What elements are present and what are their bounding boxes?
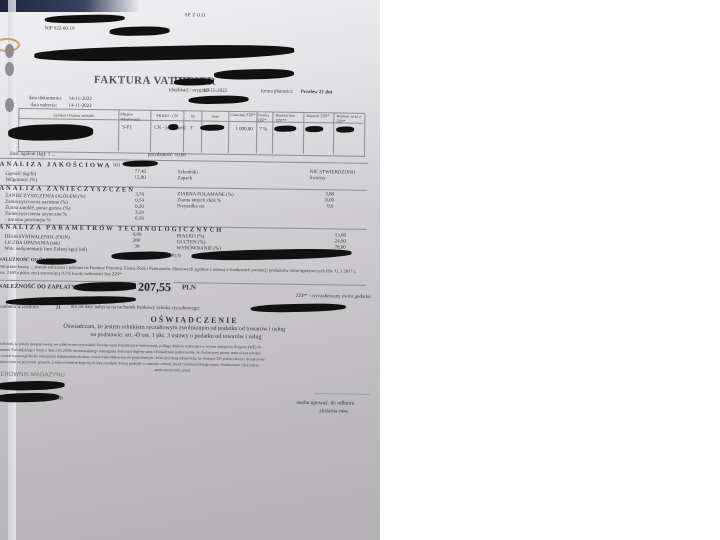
punch-hole-icon bbox=[5, 62, 14, 76]
redaction bbox=[168, 124, 178, 130]
invoice-photo: NIP 922-00-19 SP. Z O.O. FAKTURA VAT RR … bbox=[0, 0, 380, 540]
technology-value: 0,00 bbox=[133, 233, 142, 238]
impurity-label: Ziarna zaniklé, poraz gorsze (%) bbox=[5, 206, 70, 212]
nip-label: NIP 922-00-19 bbox=[45, 26, 75, 31]
impurity-value: 0,0 bbox=[327, 204, 333, 209]
redaction bbox=[0, 392, 60, 402]
technology-title: ANALIZA PARAMETRÓW TECHNOLOGICZNYCH bbox=[0, 224, 223, 234]
quality-ref: 163 bbox=[113, 163, 121, 168]
impurity-label: Zanieczyszczenia użyteczne % bbox=[5, 212, 67, 218]
technology-value: 13,60 bbox=[335, 233, 346, 238]
impurity-label: Zanieczyszczenia nasienne (%) bbox=[5, 200, 68, 206]
impurity-label: Ziarna innych zbóż % bbox=[177, 198, 221, 204]
payment-form: Przelew 21 dni bbox=[301, 90, 332, 95]
table-footer-left: ilość ogółem (kg): 1 ... bbox=[10, 152, 55, 158]
redaction bbox=[123, 160, 158, 167]
redaction bbox=[45, 14, 125, 24]
to-pay-label: NALEŻNOŚĆ DO ZAPŁATY: bbox=[0, 284, 77, 291]
quality-label: Zapach bbox=[177, 176, 192, 181]
impurity-label: - nasiona porośnięte % bbox=[5, 218, 51, 224]
impurity-value: 0,54 bbox=[135, 199, 144, 204]
payment-form-label: forma płatności: bbox=[261, 89, 294, 94]
declaration-title: OŚWIADCZENIE bbox=[150, 315, 238, 325]
to-pay-currency: PLN bbox=[182, 283, 196, 291]
company-suffix: SP. Z O.O. bbox=[185, 13, 207, 18]
technology-value: 280 bbox=[133, 239, 141, 244]
redaction bbox=[109, 26, 169, 36]
transfer-days: 21 bbox=[56, 306, 61, 311]
to-pay-value: 207,55 bbox=[136, 280, 173, 296]
transfer-text: dni od daty nabycia na rachunek bankowy … bbox=[71, 305, 200, 312]
redaction bbox=[111, 251, 171, 260]
doc-date-label: data dokumentu: bbox=[29, 96, 63, 101]
column-header: Wartość wraz z ZZP* bbox=[336, 113, 363, 123]
cell-unit: T bbox=[190, 126, 193, 131]
impurities-title: ANALIZA ZANIECZYSZCZEŃ bbox=[0, 185, 135, 194]
table-footer-note: przydatność: 10,00 bbox=[148, 153, 186, 159]
declaration-line-2: na podstawie: art. 43 ust. 1 pkt. 3 usta… bbox=[90, 332, 261, 340]
redaction bbox=[0, 380, 65, 390]
technology-label: BIAŁKO (%) bbox=[177, 234, 205, 239]
redaction bbox=[189, 95, 249, 104]
quality-value: 77,40 bbox=[135, 170, 146, 175]
warehouse-manager-suffix: RR bbox=[56, 397, 63, 402]
zzp-note: ZZP* - zryczałtowany zwrot podatku bbox=[296, 294, 371, 300]
impurity-label: ZIARNA POŁAMANE (%) bbox=[177, 192, 233, 198]
redaction bbox=[34, 43, 294, 62]
quality-label: Wilgotność (%) bbox=[5, 178, 37, 183]
quality-value: Swoisty bbox=[310, 176, 326, 181]
warehouse-manager-title: KIEROWNIK MAGAZYNU bbox=[0, 372, 65, 379]
redaction bbox=[305, 126, 323, 132]
impurity-value: 3,24 bbox=[135, 211, 144, 216]
technology-label: DEOKSYNIWALENOL (DON) bbox=[5, 235, 70, 241]
impurity-value: 3,78 bbox=[135, 193, 144, 198]
impurity-value: 0,16 bbox=[135, 217, 144, 222]
redaction bbox=[274, 125, 296, 131]
recipient-signature-label-2: złożenia ośw. bbox=[319, 408, 349, 414]
invoice-sheet: NIP 922-00-19 SP. Z O.O. FAKTURA VAT RR … bbox=[14, 0, 380, 436]
recipient-signature-label: osoba upoważ. do odbioru bbox=[296, 400, 354, 407]
impurity-label: Przysadka szt bbox=[177, 204, 204, 209]
quality-value: 12,80 bbox=[134, 176, 145, 181]
fine-print-line: zanieczyszczenia paszy. bbox=[155, 368, 191, 373]
redaction bbox=[336, 126, 354, 132]
quality-title: ANALIZA JAKOŚCIOWA bbox=[0, 161, 111, 170]
redaction bbox=[74, 282, 139, 292]
technology-label: LICZBA OPADANIA (sek) bbox=[5, 241, 61, 247]
column-header: Ilość bbox=[211, 114, 219, 119]
signature-line bbox=[315, 393, 370, 395]
transfer-prefix: przelania w terminie bbox=[0, 305, 39, 311]
fund-note: Potrącono kwotę ... została naliczona i … bbox=[0, 264, 358, 281]
cell-location: S-P1 bbox=[122, 125, 132, 130]
impurity-value: 0,20 bbox=[135, 205, 144, 210]
technology-value: 24,90 bbox=[335, 239, 346, 244]
punch-hole-icon bbox=[5, 98, 14, 112]
column-header: PKWiU / CN bbox=[156, 113, 177, 118]
column-header: Symbol i Nazwa artykułu bbox=[53, 112, 94, 118]
impurity-value: 3,88 bbox=[325, 192, 334, 197]
redaction bbox=[200, 124, 224, 131]
redaction bbox=[214, 68, 294, 80]
quality-value: NIE STWIERDZONO bbox=[310, 170, 356, 176]
technology-value: 38 bbox=[135, 245, 140, 250]
punch-hole-icon bbox=[5, 44, 14, 58]
cell-price: 1 000,00 bbox=[235, 127, 253, 132]
cell-rate: 7 % bbox=[259, 127, 267, 132]
technology-label: Wsk. sedymentacji (test Zeleny'ego) (ml) bbox=[4, 247, 87, 253]
column-header: Miejsce składowania bbox=[120, 111, 148, 121]
doc-date: 14-11-2022 bbox=[69, 97, 92, 102]
quality-label: Gęstość (kg/hl) bbox=[6, 172, 37, 177]
amount-currency: PLN bbox=[171, 254, 181, 259]
payment-date: 05-12-2022 bbox=[204, 89, 227, 94]
redaction bbox=[251, 303, 346, 313]
column-header: Wartość bez ZZP** bbox=[275, 113, 302, 123]
column-header: Wartość ZZP* bbox=[306, 113, 332, 118]
column-header: Cena bez ZZP* bbox=[230, 112, 255, 117]
impurity-value: 0,00 bbox=[325, 198, 334, 203]
column-header: Jm bbox=[190, 113, 195, 118]
quality-label: Szkodniki bbox=[178, 170, 198, 175]
technology-label: GLUTEN (%) bbox=[177, 240, 206, 245]
column-header: Stawka ZZP* bbox=[257, 112, 272, 122]
